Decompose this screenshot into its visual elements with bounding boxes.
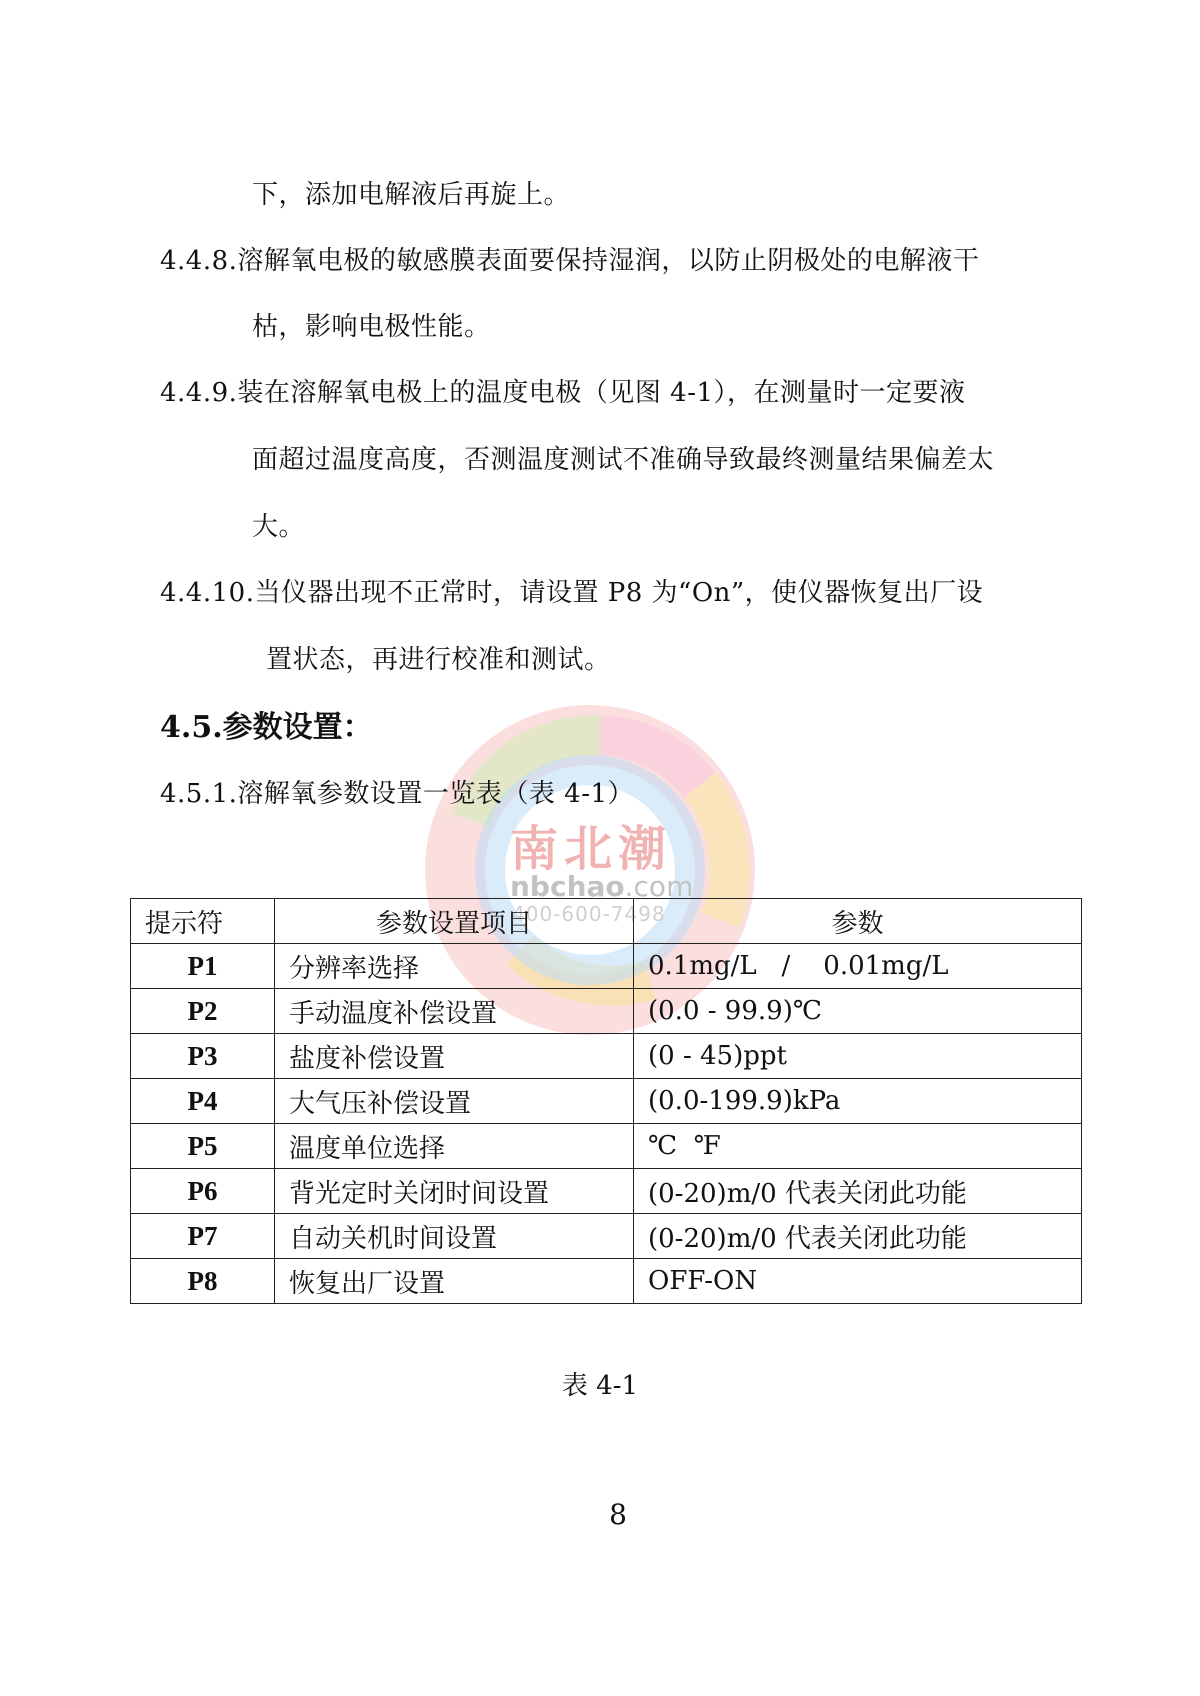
- param-value: (0-20)m/0 代表关闭此功能: [634, 1169, 1082, 1214]
- table-row: P3 盐度补偿设置 (0 - 45)ppt: [131, 1034, 1082, 1079]
- table-caption: 表 4-1: [0, 1365, 1200, 1402]
- paragraph-4-4-8-line-1: 4.4.8.溶解氧电极的敏感膜表面要保持湿润，以防止阴极处的电解液干: [160, 244, 979, 278]
- header-value: 参数: [634, 899, 1082, 944]
- item-number: 4.4.10.: [160, 576, 254, 610]
- paragraph-4-4-8-line-2: 枯，影响电极性能。: [252, 310, 491, 344]
- param-code: P4: [131, 1079, 275, 1124]
- param-value: (0.0 - 99.9)℃: [634, 989, 1082, 1034]
- param-code: P5: [131, 1124, 275, 1169]
- param-item: 盐度补偿设置: [275, 1034, 634, 1079]
- param-item: 手动温度补偿设置: [275, 989, 634, 1034]
- param-item: 分辨率选择: [275, 944, 634, 989]
- section-heading: 4.5.参数设置：: [160, 708, 373, 748]
- table-row: P1 分辨率选择 0.1mg/L / 0.01mg/L: [131, 944, 1082, 989]
- param-code: P1: [131, 944, 275, 989]
- table-row: P2 手动温度补偿设置 (0.0 - 99.9)℃: [131, 989, 1082, 1034]
- table-row: P8 恢复出厂设置 OFF-ON: [131, 1259, 1082, 1304]
- watermark-cn: 南北潮: [510, 810, 672, 879]
- table-row: P4 大气压补偿设置 (0.0-199.9)kPa: [131, 1079, 1082, 1124]
- param-code: P2: [131, 989, 275, 1034]
- param-value: (0 - 45)ppt: [634, 1034, 1082, 1079]
- table-row: P5 温度单位选择 ℃ ℉: [131, 1124, 1082, 1169]
- paragraph-4-4-9-line-3: 大。: [252, 510, 305, 544]
- param-value: (0.0-199.9)kPa: [634, 1079, 1082, 1124]
- table-header-row: 提示符 参数设置项目 参数: [131, 899, 1082, 944]
- param-item: 温度单位选择: [275, 1124, 634, 1169]
- param-item: 大气压补偿设置: [275, 1079, 634, 1124]
- header-code: 提示符: [131, 899, 275, 944]
- page-number: 8: [0, 1498, 1200, 1531]
- item-number: 4.4.9.: [160, 376, 237, 410]
- param-value: 0.1mg/L / 0.01mg/L: [634, 944, 1082, 989]
- param-code: P3: [131, 1034, 275, 1079]
- subsection-title: 4.5.1.溶解氧参数设置一览表（表 4-1）: [160, 777, 634, 811]
- param-item: 恢复出厂设置: [275, 1259, 634, 1304]
- param-code: P6: [131, 1169, 275, 1214]
- paragraph-4-4-9-line-2: 面超过温度高度，否测温度测试不准确导致最终测量结果偏差太: [252, 443, 994, 477]
- param-item: 自动关机时间设置: [275, 1214, 634, 1259]
- item-number: 4.4.8.: [160, 244, 237, 278]
- table-row: P7 自动关机时间设置 (0-20)m/0 代表关闭此功能: [131, 1214, 1082, 1259]
- param-value: OFF-ON: [634, 1259, 1082, 1304]
- param-value: (0-20)m/0 代表关闭此功能: [634, 1214, 1082, 1259]
- paragraph-4-4-10-line-2: 置状态，再进行校准和测试。: [266, 643, 611, 677]
- param-code: P7: [131, 1214, 275, 1259]
- header-item: 参数设置项目: [275, 899, 634, 944]
- paragraph-4-4-10-line-1: 4.4.10.当仪器出现不正常时，请设置 P8 为“On”，使仪器恢复出厂设: [160, 576, 983, 610]
- paragraph-4-4-9-line-1: 4.4.9.装在溶解氧电极上的温度电极（见图 4-1），在测量时一定要液: [160, 376, 966, 410]
- paragraph-4-4-7-continuation: 下，添加电解液后再旋上。: [252, 178, 570, 212]
- parameter-table: 提示符 参数设置项目 参数 P1 分辨率选择 0.1mg/L / 0.01mg/…: [130, 898, 1082, 1304]
- param-code: P8: [131, 1259, 275, 1304]
- param-value: ℃ ℉: [634, 1124, 1082, 1169]
- table-row: P6 背光定时关闭时间设置 (0-20)m/0 代表关闭此功能: [131, 1169, 1082, 1214]
- param-item: 背光定时关闭时间设置: [275, 1169, 634, 1214]
